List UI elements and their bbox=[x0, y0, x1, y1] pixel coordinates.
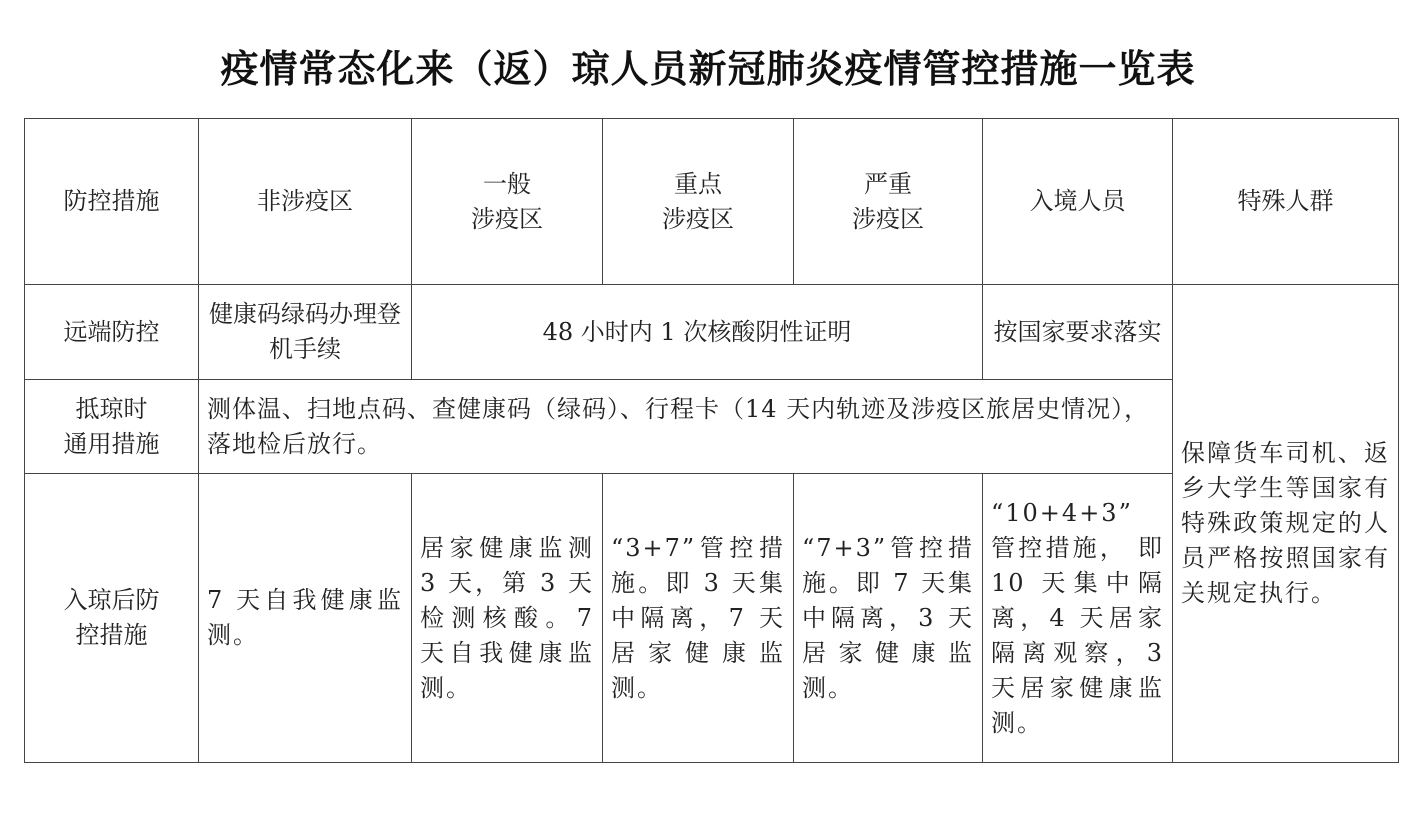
cell-remote-inbound: 按国家要求落实 bbox=[983, 285, 1173, 380]
cell-remote-affected: 48 小时内 1 次核酸阴性证明 bbox=[412, 285, 983, 380]
measures-table: 防控措施 非涉疫区 一般 涉疫区 重点 涉疫区 严重 涉疫区 入境人员 特殊人群… bbox=[24, 118, 1399, 763]
document-title: 疫情常态化来（返）琼人员新冠肺炎疫情管控措施一览表 bbox=[0, 38, 1416, 93]
cell-after-general: 居家健康监测 3 天，第 3 天检测核酸。7 天自我健康监测。 bbox=[412, 474, 603, 763]
row-remote: 远端防控 健康码绿码办理登机手续 48 小时内 1 次核酸阴性证明 按国家要求落… bbox=[25, 285, 1399, 380]
header-key-affected: 重点 涉疫区 bbox=[603, 119, 794, 285]
header-general-affected: 一般 涉疫区 bbox=[412, 119, 603, 285]
cell-after-non-affected: 7 天自我健康监测。 bbox=[199, 474, 412, 763]
row-label-arrival: 抵琼时 通用措施 bbox=[25, 380, 199, 474]
header-row: 防控措施 非涉疫区 一般 涉疫区 重点 涉疫区 严重 涉疫区 入境人员 特殊人群 bbox=[25, 119, 1399, 285]
cell-remote-non-affected: 健康码绿码办理登机手续 bbox=[199, 285, 412, 380]
cell-after-key: “3+7”管控措施。即 3 天集中隔离，7 天居家健康监测。 bbox=[603, 474, 794, 763]
cell-after-inbound: “10+4+3” 管控措施， 即 10 天集中隔离，4 天居家隔离观察，3 天居… bbox=[983, 474, 1173, 763]
header-special-groups: 特殊人群 bbox=[1173, 119, 1399, 285]
row-label-after-entry: 入琼后防 控措施 bbox=[25, 474, 199, 763]
header-non-affected: 非涉疫区 bbox=[199, 119, 412, 285]
cell-after-severe: “7+3”管控措施。即 7 天集中隔离，3 天居家健康监测。 bbox=[794, 474, 983, 763]
header-inbound: 入境人员 bbox=[983, 119, 1173, 285]
header-measures: 防控措施 bbox=[25, 119, 199, 285]
cell-special-groups: 保障货车司机、返乡大学生等国家有特殊政策规定的人员严格按照国家有关规定执行。 bbox=[1173, 285, 1399, 763]
header-severe-affected: 严重 涉疫区 bbox=[794, 119, 983, 285]
cell-arrival-merged: 测体温、扫地点码、查健康码（绿码）、行程卡（14 天内轨迹及涉疫区旅居史情况），… bbox=[199, 380, 1173, 474]
row-label-remote: 远端防控 bbox=[25, 285, 199, 380]
